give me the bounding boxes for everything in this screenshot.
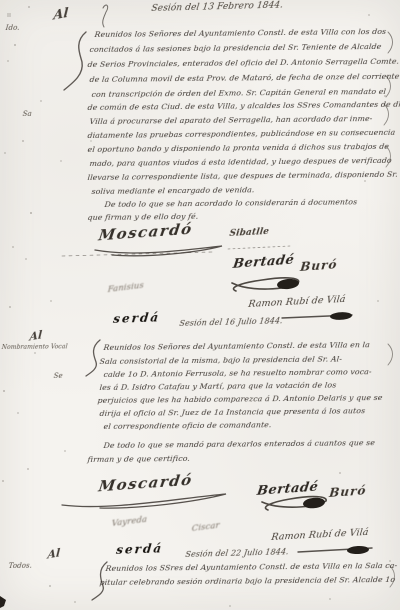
signature-underline-moscardo-2 (62, 494, 226, 508)
session-heading-1: Sesión del 13 Febrero 1844. (151, 1, 284, 14)
signature-rubric-dashes (228, 246, 290, 249)
body-line: el oportuno bando y disponiendo la pront… (87, 142, 389, 154)
body-line: mado, para quantos viudos á esta identid… (89, 156, 392, 168)
margin-note-2: Nombramiento Vocal (1, 343, 68, 351)
body-line: llevarse la correspondiente lista, que d… (87, 170, 398, 182)
line-end-flourish (388, 344, 393, 365)
ink-blot-bertade-1 (277, 278, 300, 290)
signature-ramon-rubi-2: Ramon Rubí de Vilá (271, 527, 370, 543)
body-line: soliva mediante el encargado de venida. (91, 185, 255, 196)
body-line: Sala consistorial de la misma, bajo la p… (99, 354, 342, 366)
body-line: Reunidos los SSres del Ayuntamiento Cons… (105, 561, 398, 573)
signature-small-rubric-3: Ciscar (191, 521, 219, 535)
margin-flourish-2: Al (29, 328, 43, 344)
manuscript-page: Sesión del 13 Febrero 1844. Al Ido. Sa R… (0, 0, 400, 610)
body-line: de Serios Provinciales, enterados del of… (87, 57, 399, 69)
signature-underline-rubi-1 (282, 315, 352, 318)
margin-note-1: Ido. (5, 24, 20, 32)
session-heading-2: Sesión del 16 Julio 1844. (179, 316, 283, 328)
body-line: les á D. Isidro Catafau y Martí, para qu… (99, 381, 337, 392)
signature-sibatlle: Sibatlle (229, 227, 270, 239)
session-heading-3: Sesión del 22 Julio 1844. (185, 547, 289, 559)
signature-moscardo-1: Moscardó (97, 219, 194, 244)
closing-line: firman y de que certifico. (87, 454, 190, 464)
closing-line: De todo lo que se mandó para dexarlos en… (103, 438, 375, 450)
signature-small-rubric-2: Vayreda (111, 515, 147, 529)
body-line: Reunidos los Señores del Ayuntamiento Co… (94, 27, 386, 39)
body-line: de común de esta Ciud. de esta Villa, y … (87, 100, 400, 112)
body-line: de la Columna movil de esta Prov. de Mat… (89, 72, 400, 84)
line-end-flourish (388, 32, 393, 53)
body-line: dirija el oficio al Sr. Juez de 1a Insta… (99, 406, 366, 418)
body-line: Villa á procurarse del aparato del Serra… (89, 114, 373, 126)
margin-side-mark-2: Se (53, 372, 63, 380)
body-line: calde 1o D. Antonio Ferrusola, se ha res… (103, 367, 372, 379)
ink-blot-bertade-2 (303, 497, 326, 510)
signature-small-rubric-1: Fanisius (107, 281, 144, 296)
margin-flourish-3: Al (47, 546, 61, 562)
ink-blot-rubi-1 (330, 312, 352, 321)
closing-line: De todo lo que se han acordado lo consid… (104, 197, 358, 209)
corner-ink-mark (0, 596, 6, 608)
body-line: el correspondiente oficio de comandante. (103, 420, 272, 431)
signature-loop-bertade-1 (232, 278, 299, 291)
signature-serda-1: serdá (113, 310, 161, 326)
paragraph-brace-1 (64, 32, 86, 90)
signature-moscardo-2: Moscardó (97, 470, 194, 495)
paragraph-brace-2 (86, 340, 100, 376)
signature-underline-moscardo-1 (95, 246, 222, 256)
body-line: Reunidos los Señores del Ayuntamiento Co… (103, 340, 370, 352)
signature-underline-rubi-2 (298, 548, 372, 552)
margin-flourish-1: Al (53, 5, 69, 23)
margin-note-3: Todos. (8, 562, 32, 570)
signature-buro-1: Buró (300, 257, 339, 274)
signature-ramon-rubi-1: Ramon Rubí de Vilá (248, 294, 347, 310)
signature-bertade-2: Bertadé (256, 480, 319, 499)
body-line: diatamente las pruebas correspondientes,… (87, 128, 396, 140)
signature-loop-bertade-2 (262, 497, 326, 510)
body-line: perjuicios que les ha habido comparezca … (97, 393, 383, 405)
ink-blot-rubi-2 (347, 545, 369, 554)
margin-side-mark-1: Sa (22, 110, 32, 118)
signature-serda-2: serdá (116, 541, 164, 557)
signature-buro-2: Buró (329, 483, 368, 500)
paper-specks (0, 0, 2, 2)
signature-bertade-1: Bertadé (232, 253, 295, 272)
signature-rubric-dashes (62, 252, 212, 256)
body-line: pitular celebrando sesión ordinaria bajo… (99, 575, 396, 587)
body-line: con transcripción de órden del Exmo. Sr.… (91, 87, 386, 99)
pen-curl (103, 5, 108, 27)
body-line: concitados á las sesiones bajo la presid… (89, 42, 382, 54)
